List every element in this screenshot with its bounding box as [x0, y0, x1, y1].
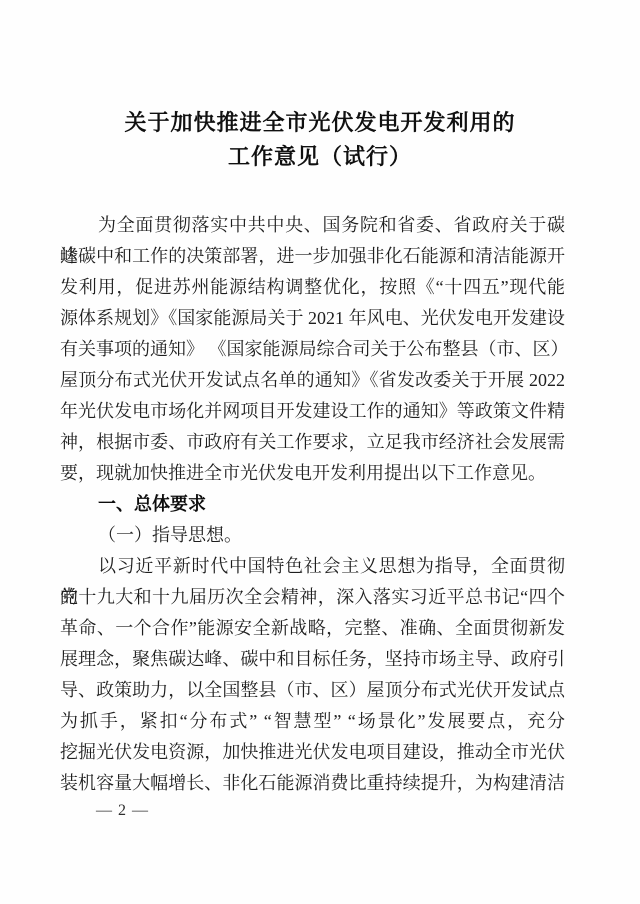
doc-line: 有关事项的通知》 《国家能源局综合司关于公布整县（市、区） [60, 334, 565, 365]
document-body: 为全面贯彻落实中共中央、国务院和省委、省政府关于碳达 峰碳中和工作的决策部署，进… [60, 210, 565, 799]
doc-line: 为抓手，紧扣“分布式” “智慧型” “场景化”发展要点，充分 [60, 706, 565, 737]
document-title-line-1: 关于加快推进全市光伏发电开发利用的 [0, 106, 640, 140]
doc-line: 发利用，促进苏州能源结构调整优化，按照《“十四五”现代能 [60, 272, 565, 303]
subsection-heading: （一）指导思想。 [60, 520, 565, 551]
doc-line: 的十九大和十九届历次全会精神，深入落实习近平总书记“四个 [60, 582, 565, 613]
doc-line: 装机容量大幅增长、非化石能源消费比重持续提升，为构建清洁 [60, 768, 565, 799]
doc-line: 源体系规划》《国家能源局关于 2021 年风电、光伏发电开发建设 [60, 303, 565, 334]
doc-line: 神，根据市委、市政府有关工作要求，立足我市经济社会发展需 [60, 427, 565, 458]
page-number: — 2 — [96, 801, 640, 821]
doc-line: 导、政策助力，以全国整县（市、区）屋顶分布式光伏开发试点 [60, 675, 565, 706]
document-title-line-2: 工作意见（试行） [0, 140, 640, 174]
doc-line: 展理念，聚焦碳达峰、碳中和目标任务，坚持市场主导、政府引 [60, 644, 565, 675]
doc-line: 革命、一个合作”能源安全新战略，完整、准确、全面贯彻新发 [60, 613, 565, 644]
doc-line: 为全面贯彻落实中共中央、国务院和省委、省政府关于碳达 [60, 210, 565, 241]
doc-line: 以习近平新时代中国特色社会主义思想为指导，全面贯彻党 [60, 551, 565, 582]
section-heading: 一、总体要求 [60, 489, 565, 520]
doc-line: 年光伏发电市场化并网项目开发建设工作的通知》等政策文件精 [60, 396, 565, 427]
document-page: 关于加快推进全市光伏发电开发利用的 工作意见（试行） 为全面贯彻落实中共中央、国… [0, 0, 640, 904]
doc-line: 要，现就加快推进全市光伏发电开发利用提出以下工作意见。 [60, 458, 565, 489]
document-title: 关于加快推进全市光伏发电开发利用的 工作意见（试行） [0, 106, 640, 174]
doc-line: 屋顶分布式光伏开发试点名单的通知》《省发改委关于开展 2022 [60, 365, 565, 396]
doc-line: 峰碳中和工作的决策部署，进一步加强非化石能源和清洁能源开 [60, 241, 565, 272]
doc-line: 挖掘光伏发电资源，加快推进光伏发电项目建设，推动全市光伏 [60, 737, 565, 768]
